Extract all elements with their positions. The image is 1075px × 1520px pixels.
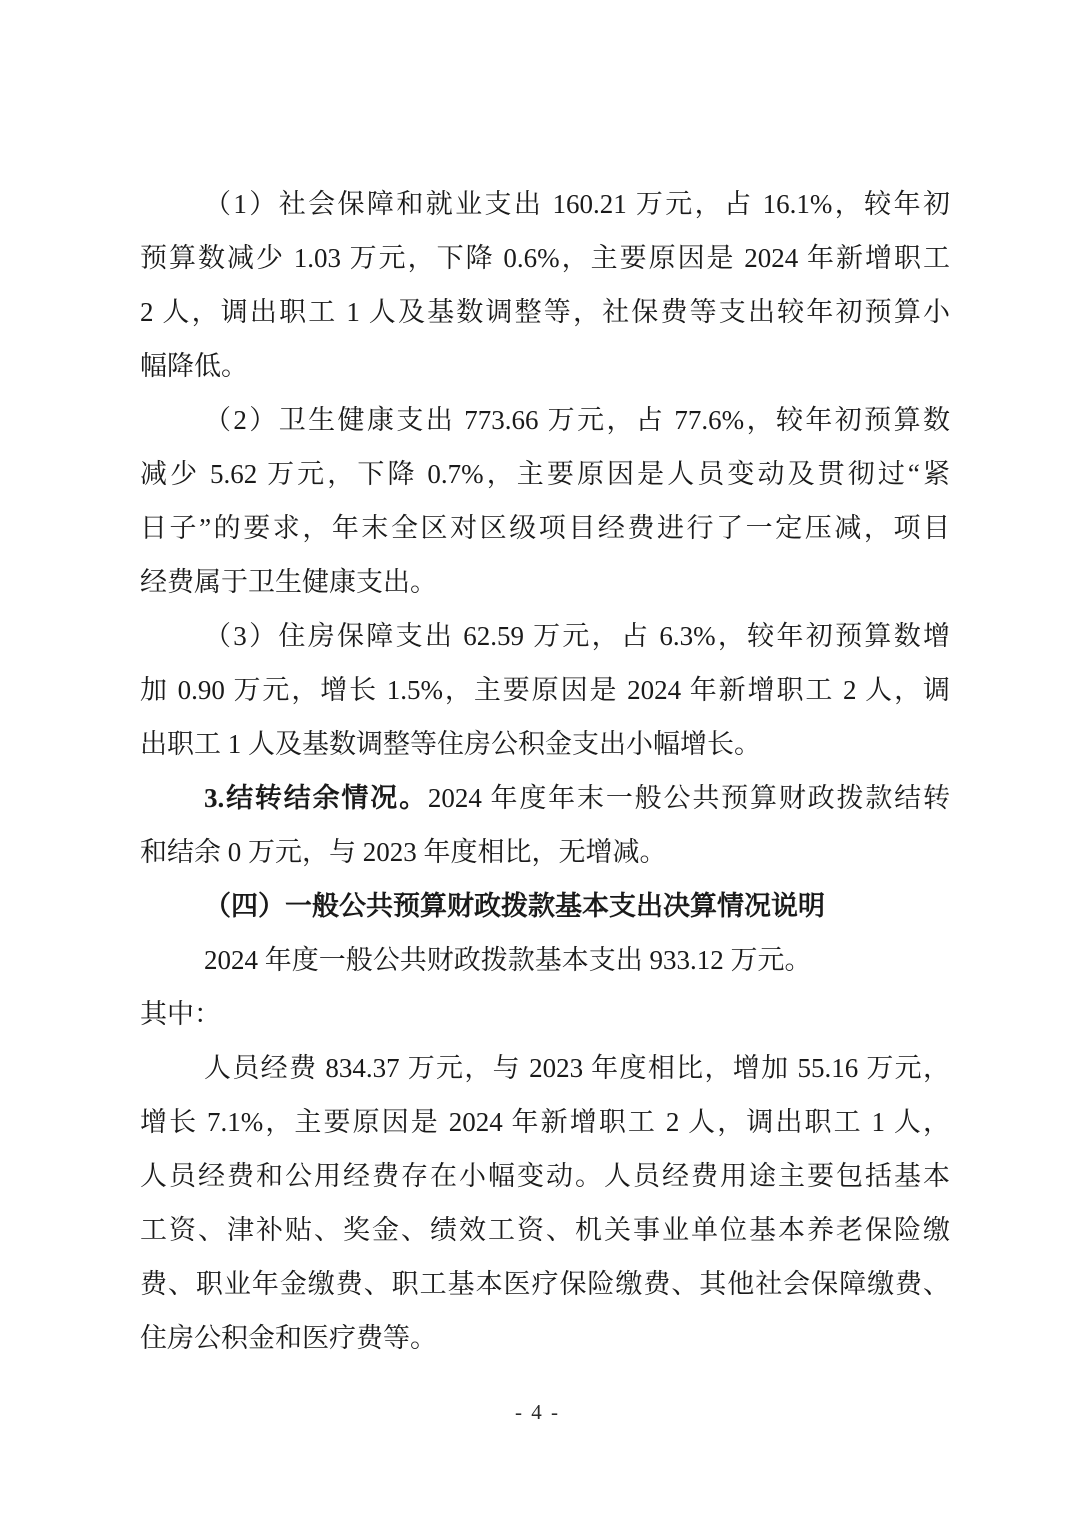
text-line: 2 人，调出职工 1 人及基数调整等，社保费等支出较年初预算小 (140, 285, 950, 339)
line-text: 减少 5.62 万元，下降 0.7%，主要原因是人员变动及贯彻过“紧 (140, 459, 950, 489)
text-line: 人员经费 834.37 万元，与 2023 年度相比，增加 55.16 万元， (140, 1041, 950, 1095)
text-line: 加 0.90 万元，增长 1.5%，主要原因是 2024 年新增职工 2 人，调 (140, 663, 950, 717)
line-text: 2 人，调出职工 1 人及基数调整等，社保费等支出较年初预算小 (140, 297, 950, 327)
line-text: 加 0.90 万元，增长 1.5%，主要原因是 2024 年新增职工 2 人，调 (140, 675, 950, 705)
bold-lead-text: （四）一般公共预算财政拨款基本支出决算情况说明 (204, 891, 825, 921)
line-text: 工资、津补贴、奖金、绩效工资、机关事业单位基本养老保险缴 (140, 1215, 950, 1245)
line-text: 费、职业年金缴费、职工基本医疗保险缴费、其他社会保障缴费、 (140, 1269, 950, 1299)
text-line: 出职工 1 人及基数调整等住房公积金支出小幅增长。 (140, 717, 950, 771)
text-line: 增长 7.1%，主要原因是 2024 年新增职工 2 人，调出职工 1 人， (140, 1095, 950, 1149)
text-line: 幅降低。 (140, 339, 950, 393)
section-heading: （四）一般公共预算财政拨款基本支出决算情况说明 (140, 879, 950, 933)
text-line: 住房公积金和医疗费等。 (140, 1311, 950, 1365)
line-text: 人员经费和公用经费存在小幅变动。人员经费用途主要包括基本 (140, 1161, 950, 1191)
line-text: 增长 7.1%，主要原因是 2024 年新增职工 2 人，调出职工 1 人， (140, 1107, 950, 1137)
text-line: 3.结转结余情况。2024 年度年末一般公共预算财政拨款结转 (140, 771, 950, 825)
line-text: （1）社会保障和就业支出 160.21 万元，占 16.1%，较年初 (204, 189, 950, 219)
line-text: 幅降低。 (140, 351, 248, 381)
line-text: 和结余 0 万元，与 2023 年度相比，无增减。 (140, 837, 667, 867)
text-line: （2）卫生健康支出 773.66 万元，占 77.6%，较年初预算数 (140, 393, 950, 447)
text-line: 减少 5.62 万元，下降 0.7%，主要原因是人员变动及贯彻过“紧 (140, 447, 950, 501)
line-text: 日子”的要求，年末全区对区级项目经费进行了一定压减，项目 (140, 513, 950, 543)
line-text: （2）卫生健康支出 773.66 万元，占 77.6%，较年初预算数 (204, 405, 950, 435)
line-text: 出职工 1 人及基数调整等住房公积金支出小幅增长。 (140, 729, 761, 759)
line-text: 人员经费 834.37 万元，与 2023 年度相比，增加 55.16 万元， (204, 1053, 950, 1083)
line-text: （3）住房保障支出 62.59 万元，占 6.3%，较年初预算数增 (204, 621, 950, 651)
text-line: 工资、津补贴、奖金、绩效工资、机关事业单位基本养老保险缴 (140, 1203, 950, 1257)
text-line: 经费属于卫生健康支出。 (140, 555, 950, 609)
text-line: （1）社会保障和就业支出 160.21 万元，占 16.1%，较年初 (140, 177, 950, 231)
text-line: 和结余 0 万元，与 2023 年度相比，无增减。 (140, 825, 950, 879)
line-text: 住房公积金和医疗费等。 (140, 1323, 437, 1353)
line-text: 经费属于卫生健康支出。 (140, 567, 437, 597)
text-line: 其中： (140, 987, 950, 1041)
page-number: - 4 - (0, 1398, 1075, 1426)
bold-lead-text: 3.结转结余情况。 (204, 783, 428, 813)
text-line: 费、职业年金缴费、职工基本医疗保险缴费、其他社会保障缴费、 (140, 1257, 950, 1311)
line-text: 预算数减少 1.03 万元，下降 0.6%，主要原因是 2024 年新增职工 (140, 243, 950, 273)
line-text: 2024 年度一般公共财政拨款基本支出 933.12 万元。 (204, 945, 812, 975)
document-body: （1）社会保障和就业支出 160.21 万元，占 16.1%，较年初 预算数减少… (140, 177, 950, 1365)
text-line: 日子”的要求，年末全区对区级项目经费进行了一定压减，项目 (140, 501, 950, 555)
line-text: 其中： (140, 999, 221, 1029)
text-line: 2024 年度一般公共财政拨款基本支出 933.12 万元。 (140, 933, 950, 987)
text-line: 人员经费和公用经费存在小幅变动。人员经费用途主要包括基本 (140, 1149, 950, 1203)
text-line: （3）住房保障支出 62.59 万元，占 6.3%，较年初预算数增 (140, 609, 950, 663)
line-text: 2024 年度年末一般公共预算财政拨款结转 (428, 783, 950, 813)
text-line: 预算数减少 1.03 万元，下降 0.6%，主要原因是 2024 年新增职工 (140, 231, 950, 285)
